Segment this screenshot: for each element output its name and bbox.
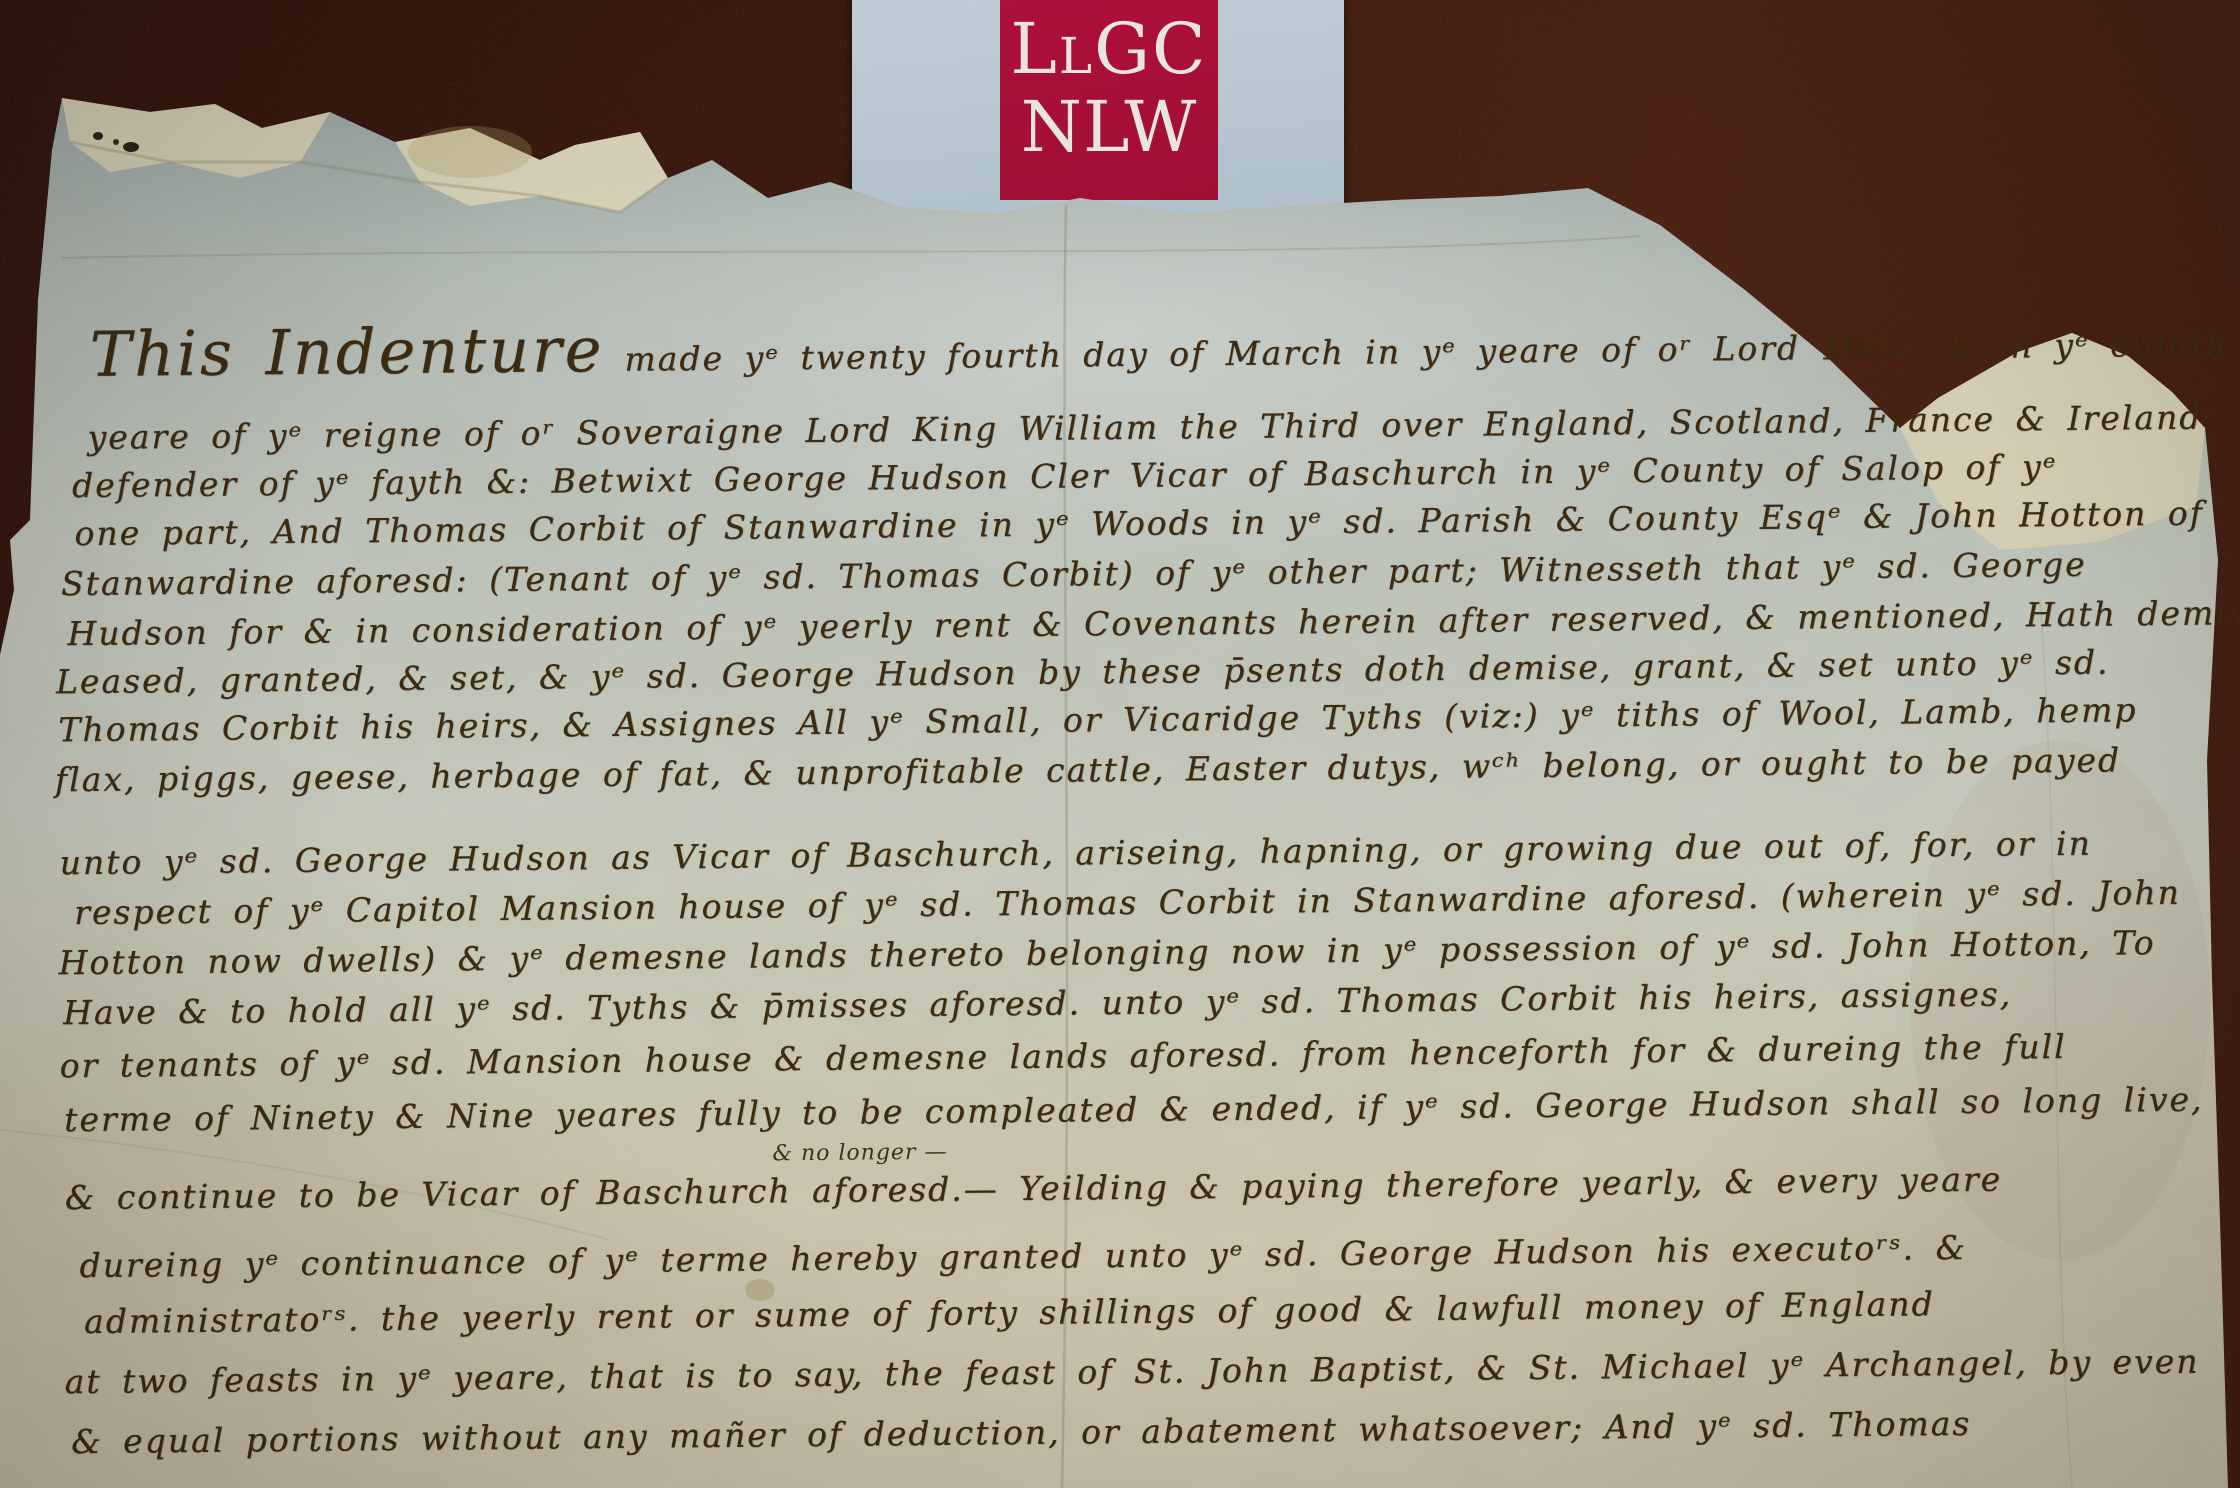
manuscript-line: This Indenturemade yᵉ twenty fourth day … xyxy=(89,297,2229,391)
photograph-of-manuscript: LLGC NLW xyxy=(0,0,2240,1488)
manuscript-line: & continue to be Vicar of Baschurch afor… xyxy=(65,1160,2003,1218)
manuscript-line: Have & to hold all yᵉ sd. Tyths & p̄miss… xyxy=(63,974,2012,1032)
manuscript-line: Stanwardine aforesd: (Tenant of yᵉ sd. T… xyxy=(61,545,2087,603)
manuscript-line: unto yᵉ sd. George Hudson as Vicar of Ba… xyxy=(59,824,2091,883)
manuscript-line: or tenants of yᵉ sd. Mansion house & dem… xyxy=(59,1027,2066,1085)
manuscript-line: at two feasts in yᵉ yeare, that is to sa… xyxy=(64,1342,2199,1401)
manuscript-line-text: made yᵉ twenty fourth day of March in yᵉ… xyxy=(624,324,2229,378)
manuscript-line: flax, piggs, geese, herbage of fat, & un… xyxy=(55,740,2122,799)
manuscript-line: defender of yᵉ fayth &: Betwixt George H… xyxy=(72,447,2058,505)
manuscript-line: respect of yᵉ Capitol Mansion house of y… xyxy=(74,873,2181,932)
interlinear-insertion: & no longer — xyxy=(772,1140,947,1167)
manuscript-line: Leased, granted, & set, & yᵉ sd. George … xyxy=(56,643,2110,702)
manuscript-line: administratoʳˢ. the yeerly rent or sume … xyxy=(84,1284,1935,1341)
manuscript-line: Thomas Corbit his heirs, & Assignes All … xyxy=(58,690,2137,749)
manuscript-text: This Indenturemade yᵉ twenty fourth day … xyxy=(0,0,2240,1488)
manuscript-line: Hotton now dwells) & yᵉ demesne lands th… xyxy=(58,923,2155,982)
manuscript-line: & equal portions without any mañer of de… xyxy=(71,1404,1971,1461)
opening-words: This Indenture xyxy=(89,313,604,391)
manuscript-line: terme of Ninety & Nine yeares fully to b… xyxy=(64,1080,2204,1140)
manuscript-line: dureing yᵉ continuance of yᵉ terme hereb… xyxy=(79,1228,1967,1285)
manuscript-line: one part, And Thomas Corbit of Stanwardi… xyxy=(74,494,2204,553)
